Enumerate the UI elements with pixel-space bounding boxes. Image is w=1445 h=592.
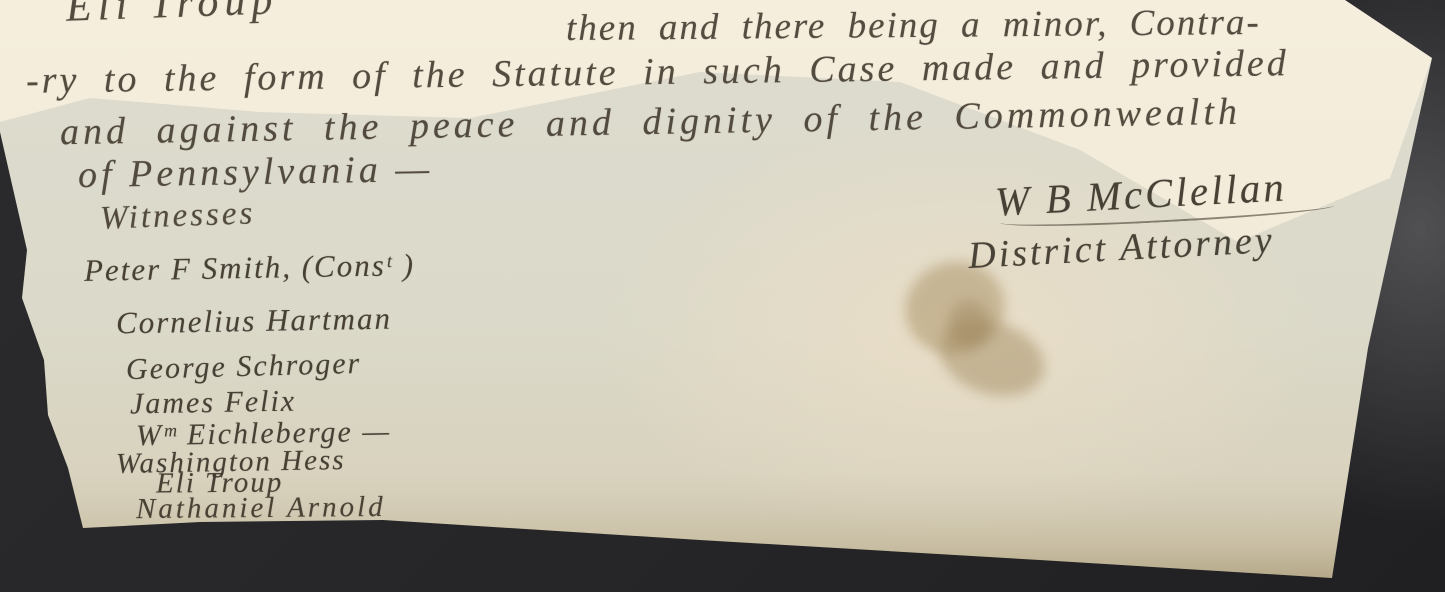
photo-background: Eli Troup then and there being a minor, … bbox=[0, 0, 1445, 592]
witness-heading: Witnesses bbox=[99, 195, 256, 237]
ink-stain bbox=[948, 300, 990, 346]
witness-name: George Schroger bbox=[126, 347, 362, 387]
manuscript-line-4: of Pennsylvania — bbox=[78, 147, 434, 197]
document-paper: Eli Troup then and there being a minor, … bbox=[0, 0, 1445, 592]
signature-title: District Attorney bbox=[967, 218, 1276, 278]
witness-name: Peter F Smith, (Consᵗ ) bbox=[84, 247, 416, 289]
witness-name: Cornelius Hartman bbox=[116, 301, 393, 342]
witness-name: Nathaniel Arnold bbox=[136, 491, 386, 526]
